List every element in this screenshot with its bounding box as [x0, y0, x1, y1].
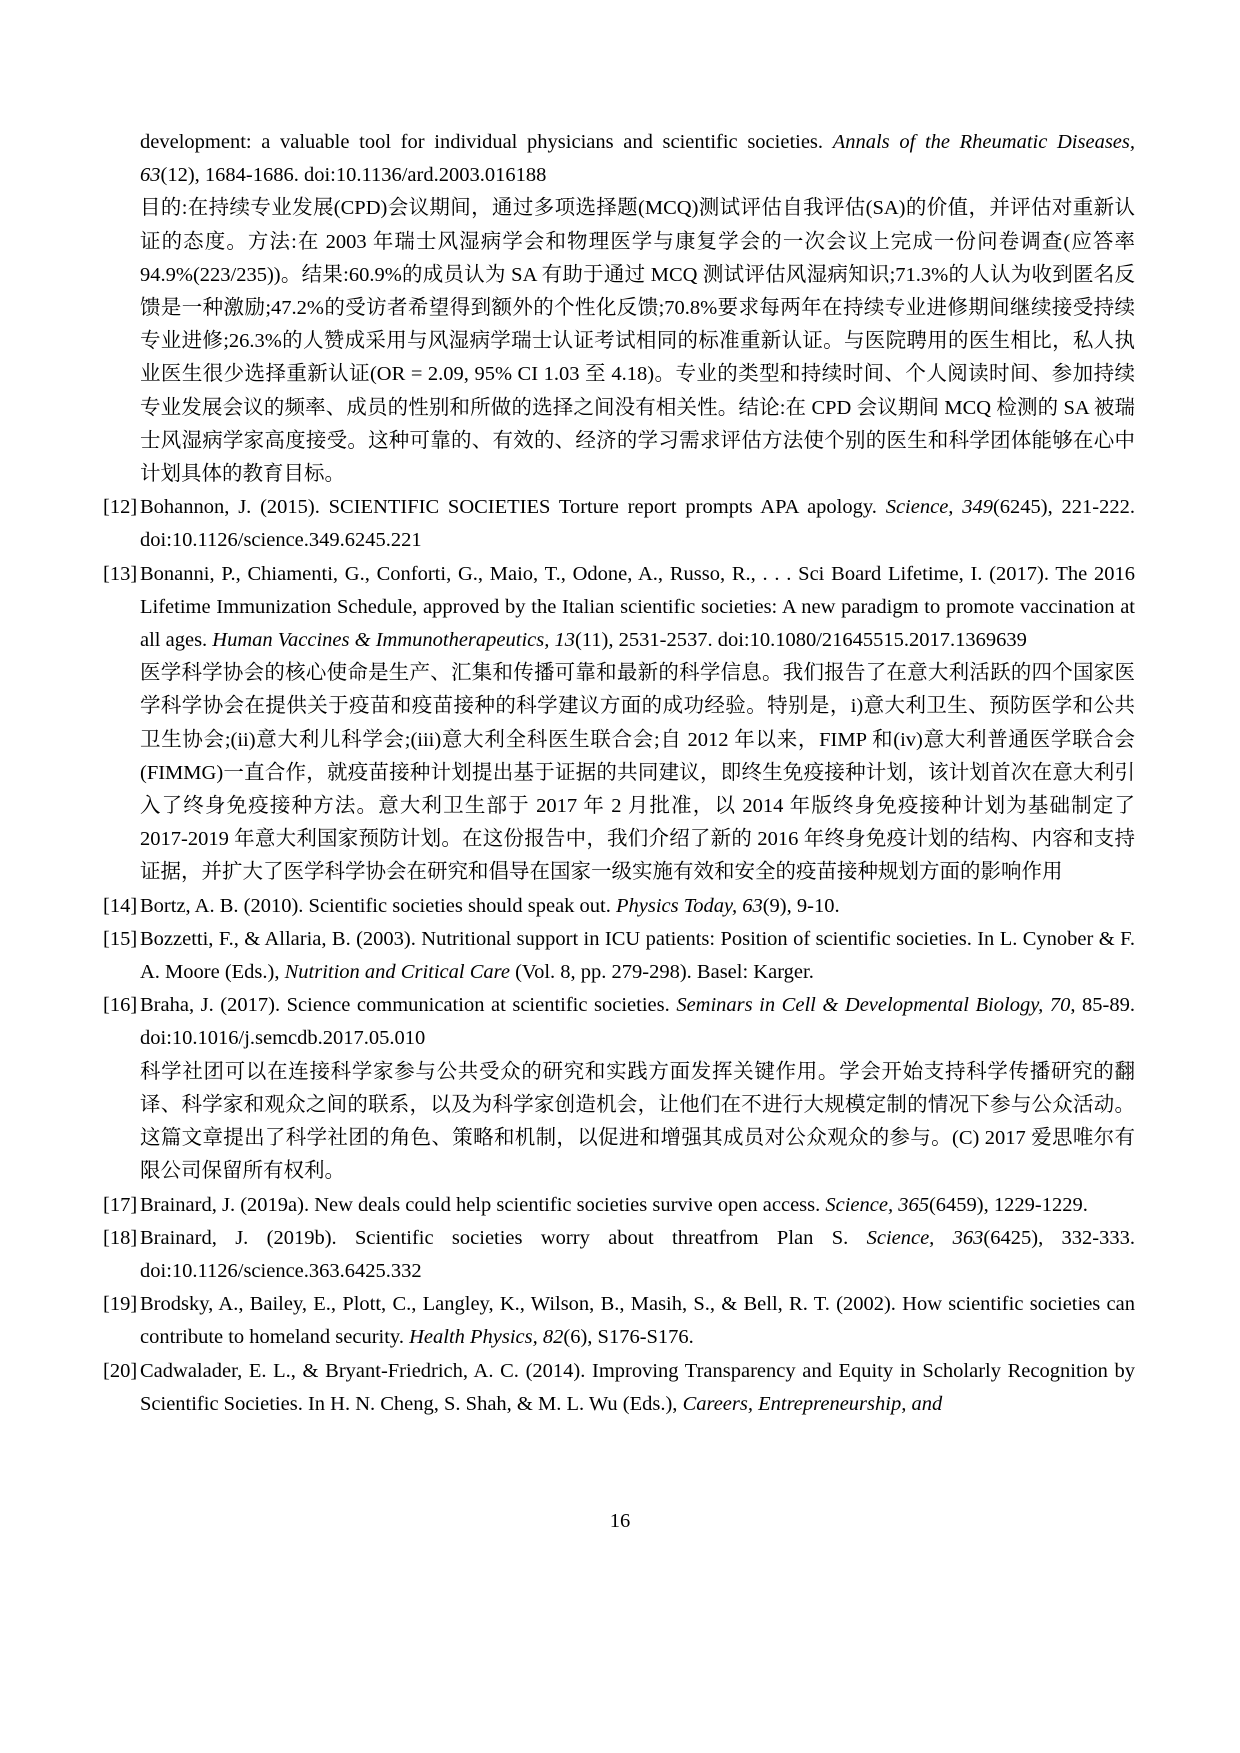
- reference-text-segment: Science, 365: [825, 1194, 929, 1216]
- reference-entry: [14]Bortz, A. B. (2010). Scientific soci…: [103, 890, 1135, 923]
- reference-number: [12]: [103, 491, 137, 524]
- reference-entry: [12]Bohannon, J. (2015). SCIENTIFIC SOCI…: [103, 491, 1135, 557]
- reference-text-segment: Physics Today, 63: [616, 895, 763, 917]
- reference-text-segment: development: a valuable tool for individ…: [140, 131, 833, 153]
- reference-text-segment: (6459), 1229-1229.: [929, 1194, 1088, 1216]
- abstract-paragraph: 科学社团可以在连接科学家参与公共受众的研究和实践方面发挥关键作用。学会开始支持科…: [140, 1056, 1135, 1189]
- reference-entry: [17]Brainard, J. (2019a). New deals coul…: [103, 1189, 1135, 1222]
- reference-entry: [15]Bozzetti, F., & Allaria, B. (2003). …: [103, 923, 1135, 989]
- reference-text-segment: (9), 9-10.: [763, 895, 840, 917]
- reference-text-segment: 医学科学协会的核心使命是生产、汇集和传播可靠和最新的科学信息。我们报告了在意大利…: [140, 662, 1135, 883]
- reference-text-segment: Human Vaccines & Immunotherapeutics, 13: [212, 629, 575, 651]
- reference-text-segment: Nutrition and Critical Care: [285, 961, 510, 983]
- reference-text-segment: Cadwalader, E. L., & Bryant-Friedrich, A…: [140, 1360, 1135, 1415]
- reference-text-segment: (12), 1684-1686. doi:10.1136/ard.2003.01…: [161, 164, 547, 186]
- reference-text-segment: Bortz, A. B. (2010). Scientific societie…: [140, 895, 616, 917]
- reference-number: [19]: [103, 1288, 137, 1321]
- reference-text-segment: Health Physics, 82: [409, 1326, 563, 1348]
- reference-number: [20]: [103, 1355, 137, 1388]
- reference-entry: [18]Brainard, J. (2019b). Scientific soc…: [103, 1222, 1135, 1288]
- reference-number: [16]: [103, 989, 137, 1022]
- reference-text-segment: Science, 349: [886, 496, 993, 518]
- reference-text-segment: (6), S176-S176.: [563, 1326, 693, 1348]
- abstract-paragraph: 医学科学协会的核心使命是生产、汇集和传播可靠和最新的科学信息。我们报告了在意大利…: [140, 657, 1135, 889]
- reference-text-segment: 目的:在持续专业发展(CPD)会议期间，通过多项选择题(MCQ)测试评估自我评估…: [140, 197, 1135, 485]
- reference-number: [18]: [103, 1222, 137, 1255]
- page-number: 16: [0, 1505, 1240, 1538]
- abstract-paragraph: 目的:在持续专业发展(CPD)会议期间，通过多项选择题(MCQ)测试评估自我评估…: [140, 192, 1135, 491]
- reference-text-segment: Bohannon, J. (2015). SCIENTIFIC SOCIETIE…: [140, 496, 886, 518]
- reference-number: [14]: [103, 890, 137, 923]
- reference-entry: [16]Braha, J. (2017). Science communicat…: [103, 989, 1135, 1055]
- reference-continuation: development: a valuable tool for individ…: [140, 126, 1135, 192]
- reference-number: [13]: [103, 558, 137, 591]
- reference-text-segment: Braha, J. (2017). Science communication …: [140, 994, 676, 1016]
- reference-entry: [19]Brodsky, A., Bailey, E., Plott, C., …: [103, 1288, 1135, 1354]
- reference-entry: [20]Cadwalader, E. L., & Bryant-Friedric…: [103, 1355, 1135, 1421]
- document-page: development: a valuable tool for individ…: [0, 0, 1240, 1753]
- reference-text-segment: 科学社团可以在连接科学家参与公共受众的研究和实践方面发挥关键作用。学会开始支持科…: [140, 1061, 1135, 1183]
- reference-text-segment: Brainard, J. (2019b). Scientific societi…: [140, 1227, 867, 1249]
- reference-number: [15]: [103, 923, 137, 956]
- reference-list: development: a valuable tool for individ…: [103, 126, 1135, 1421]
- reference-text-segment: Careers, Entrepreneurship, and: [683, 1393, 943, 1415]
- reference-text-segment: Brainard, J. (2019a). New deals could he…: [140, 1194, 825, 1216]
- reference-text-segment: Science, 363: [867, 1227, 984, 1249]
- reference-text-segment: Seminars in Cell & Developmental Biology…: [676, 994, 1070, 1016]
- reference-number: [17]: [103, 1189, 137, 1222]
- reference-text-segment: (Vol. 8, pp. 279-298). Basel: Karger.: [510, 961, 814, 983]
- reference-text-segment: (11), 2531-2537. doi:10.1080/21645515.20…: [575, 629, 1027, 651]
- reference-entry: [13]Bonanni, P., Chiamenti, G., Conforti…: [103, 558, 1135, 658]
